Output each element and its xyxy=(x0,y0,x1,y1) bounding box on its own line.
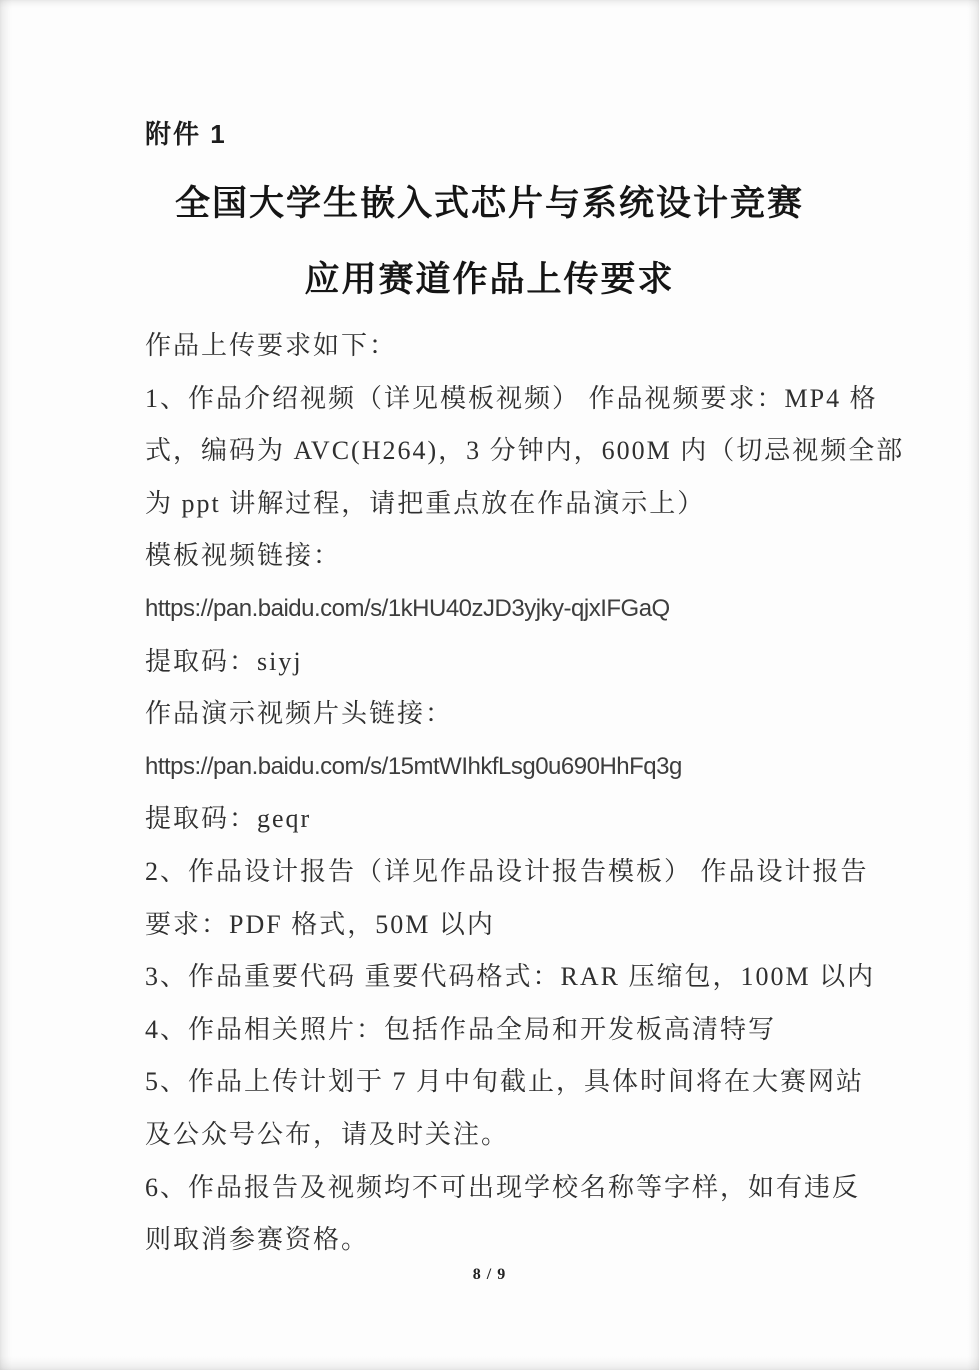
demo-video-intro-link-label: 作品演示视频片头链接： xyxy=(145,688,845,741)
demo-video-intro-url: https://pan.baidu.com/s/15mtWIhkfLsg0u69… xyxy=(145,741,845,794)
demo-video-extraction-code: 提取码：geqr xyxy=(145,793,845,846)
document-title-line2: 应用赛道作品上传要求 xyxy=(0,252,979,302)
document-page: 附件 1 全国大学生嵌入式芯片与系统设计竞赛 应用赛道作品上传要求 作品上传要求… xyxy=(0,0,979,1370)
template-video-link-label: 模板视频链接： xyxy=(145,530,845,583)
requirement-5-line-2: 及公众号公布，请及时关注。 xyxy=(145,1109,845,1162)
requirement-1-line-3: 为 ppt 讲解过程，请把重点放在作品演示上） xyxy=(145,478,845,531)
requirement-1-line-2: 式，编码为 AVC(H264)，3 分钟内，600M 内（切忌视频全部 xyxy=(145,425,845,478)
requirement-6-line-1: 6、作品报告及视频均不可出现学校名称等字样，如有违反 xyxy=(145,1162,845,1215)
document-body: 作品上传要求如下： 1、作品介绍视频（详见模板视频） 作品视频要求：MP4 格 … xyxy=(145,320,845,1267)
template-video-extraction-code: 提取码：siyj xyxy=(145,636,845,689)
requirement-3-line: 3、作品重要代码 重要代码格式：RAR 压缩包，100M 以内 xyxy=(145,951,845,1004)
template-video-url: https://pan.baidu.com/s/1kHU40zJD3yjky-q… xyxy=(145,583,845,636)
document-title-line1: 全国大学生嵌入式芯片与系统设计竞赛 xyxy=(0,176,979,226)
requirement-2-line-2: 要求：PDF 格式，50M 以内 xyxy=(145,899,845,952)
requirement-1-line-1: 1、作品介绍视频（详见模板视频） 作品视频要求：MP4 格 xyxy=(145,373,845,426)
requirement-5-line-1: 5、作品上传计划于 7 月中旬截止，具体时间将在大赛网站 xyxy=(145,1056,845,1109)
requirement-6-line-2: 则取消参赛资格。 xyxy=(145,1214,845,1267)
intro-line: 作品上传要求如下： xyxy=(145,320,845,373)
requirement-4-line: 4、作品相关照片：包括作品全局和开发板高清特写 xyxy=(145,1004,845,1057)
page-number-indicator: 8 / 9 xyxy=(0,1266,979,1284)
attachment-label: 附件 1 xyxy=(145,114,227,151)
requirement-2-line-1: 2、作品设计报告（详见作品设计报告模板） 作品设计报告 xyxy=(145,846,845,899)
